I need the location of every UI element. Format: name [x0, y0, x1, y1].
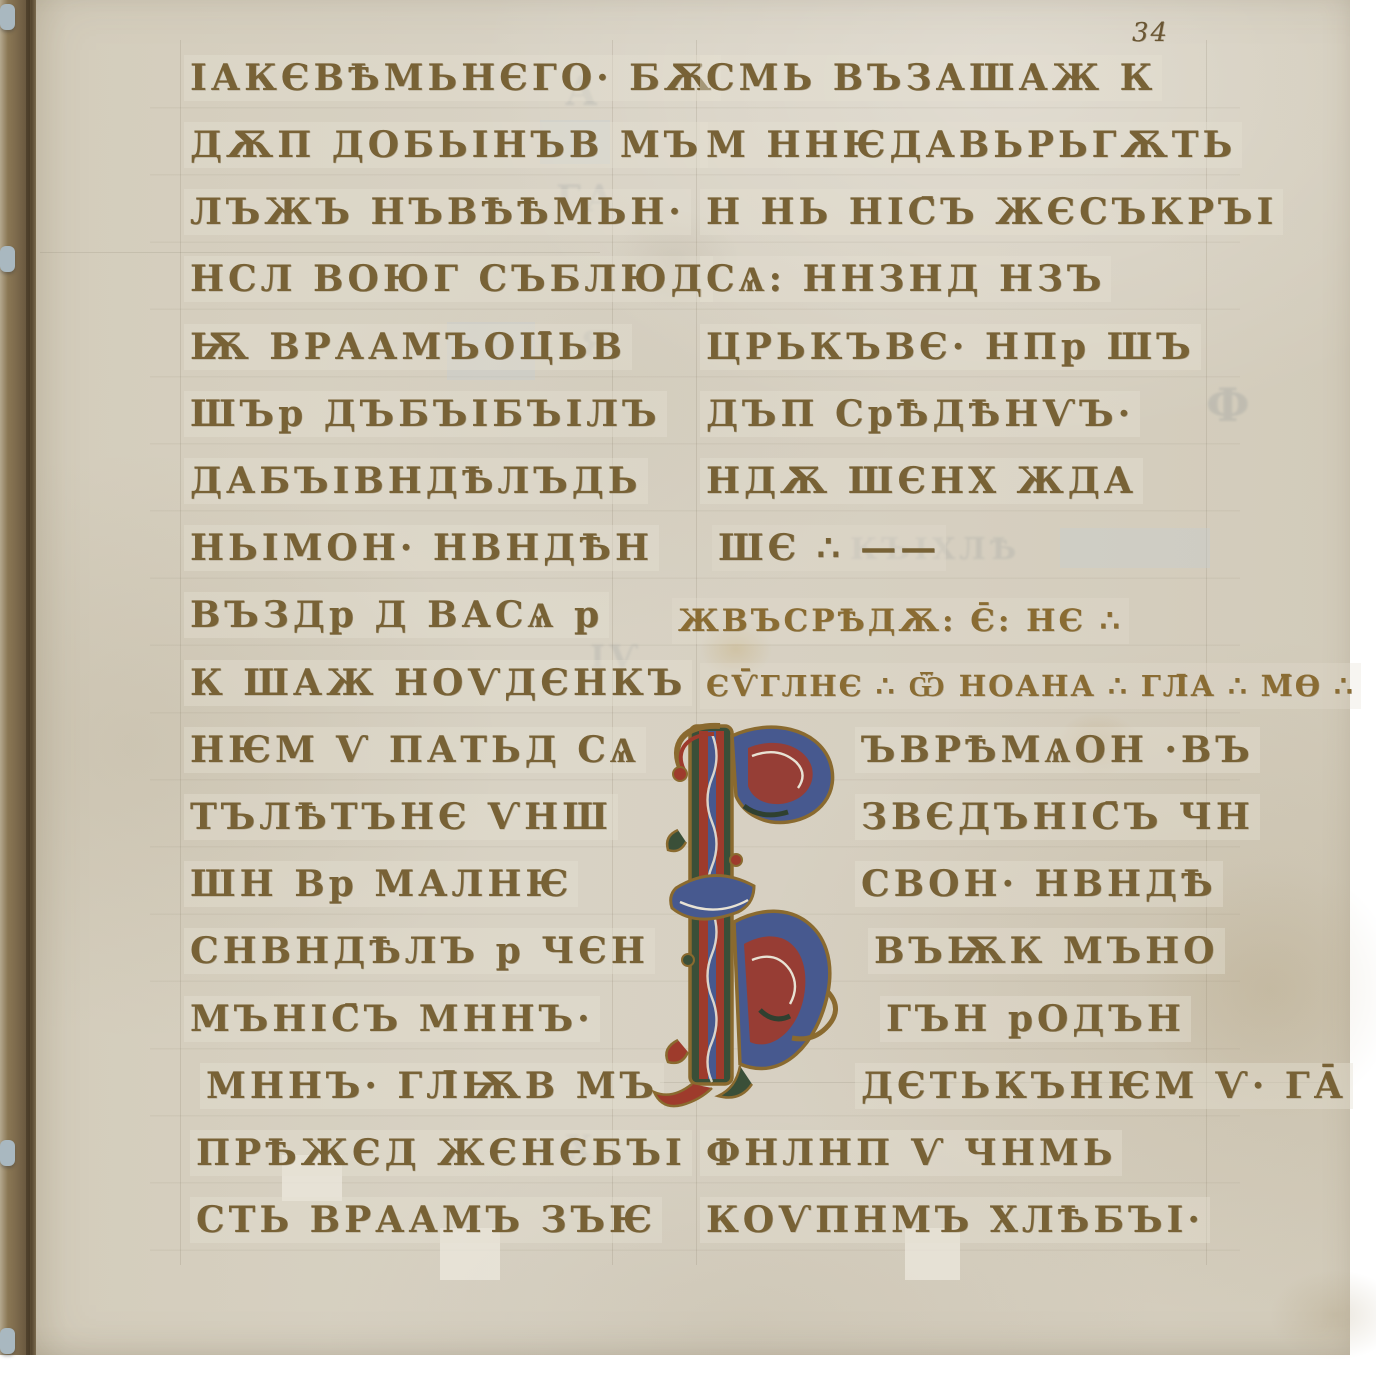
binding-edge — [0, 0, 36, 1355]
text-line: НѤМ Ѵ ПАТЬД СѦ — [184, 727, 646, 773]
text-line: ШЪр ДЪБЪІБЪІЛЪ — [184, 391, 667, 437]
text-line: ЗВЄДЪНІС̄Ъ ЧН — [855, 794, 1260, 840]
text-line: ВЪѬК МЪНО — [868, 928, 1225, 974]
stitch-thread — [0, 4, 15, 30]
ghost-text: Ф — [1206, 378, 1254, 432]
text-line: МЪНІС̄Ъ МННЪ· — [184, 996, 600, 1042]
text-line: ПРѢЖЄД ЖЄНЄБЪІ — [190, 1130, 692, 1176]
illuminated-initial-V: В — [648, 710, 853, 1115]
text-line: ДѪП ДОБЬІНЪВ МЪ — [184, 122, 708, 168]
text-line: ЦРЬКЪВЄ· НПр ШЪ — [700, 324, 1201, 370]
text-line: К ШАЖ НОѴДЄНКЪ — [184, 660, 692, 706]
initial-ornament — [648, 710, 853, 1115]
text-line: ВЪЗДр Д ВАСѦ р — [184, 592, 609, 638]
text-line: МННЪ· ГЛ̄ѬВ МЪ — [200, 1063, 664, 1109]
rubric-heading: ЄѴ̄ГЛНЄ ∴ Ѿ НОАНА ∴ ГЛ̄А ∴ М̄Ѳ ∴ — [700, 663, 1361, 709]
text-line: Ѭ ВРААМЪОЦ̄ЬВ — [184, 324, 632, 370]
text-line: СМЬ ВЪЗАШАЖ К — [700, 55, 1162, 101]
crease — [40, 252, 600, 253]
folio-number: 34 — [1126, 10, 1175, 56]
text-line: ДЄТЬКЪНѤМ Ѵ· ГА̄ — [855, 1063, 1353, 1109]
text-line: ЪВРѢМѦОН ·ВЪ — [855, 727, 1260, 773]
text-line: ТЪЛѢТЪНЄ ѴНШ — [184, 794, 618, 840]
text-line: ІАКЄВѢМЬНЄГО· БѪ — [184, 55, 721, 101]
stitch-thread — [0, 1140, 15, 1166]
text-line: М ННѤДАВЬРЬГѪТЬ — [700, 122, 1242, 168]
stitch-thread — [0, 1328, 15, 1354]
ruling-vertical — [180, 40, 181, 1265]
text-line: ДЪП СрѢДѢНѴЪ· — [700, 391, 1140, 437]
text-line: СНВНДѢЛЪ р ЧЄН — [184, 928, 655, 974]
rubric-heading: ЖВЪСРѢДѪ: Є̄: НЄ ∴ — [672, 598, 1129, 644]
text-line: ЛЪЖЪ НЪВѢѢМЬН· — [184, 189, 691, 235]
text-line: НДѪ ШЄНХ ЖДА — [700, 458, 1143, 504]
text-line: СѦ: ННЗНД НЗЪ — [700, 256, 1111, 302]
text-line: ШН Вр МАЛНѤ — [184, 861, 578, 907]
text-line: ГЪН рОДЪН — [880, 996, 1191, 1042]
text-line: ДАБЪІВНДѢЛЪДЬ — [184, 458, 648, 504]
text-line: КОѴПНМЪ ХЛѢБЪІ· — [700, 1197, 1210, 1243]
manuscript-photo: 34 А ГА Я Ф КЪІХЛѢ ІѴ Х ІАКЄВѢМЬНЄГО· БѪ… — [0, 0, 1376, 1376]
stitch-thread — [0, 246, 15, 272]
text-line: ФНЛНП Ѵ ЧНМЬ — [700, 1130, 1122, 1176]
text-line: НЬІМОН· НВНДѢН — [184, 525, 659, 571]
text-line: ШЄ ∴ —— — [712, 525, 946, 571]
repair-patch — [1060, 528, 1210, 568]
text-line: Н НЬ НІС̄Ъ ЖЄСЪКРЪІ — [700, 189, 1283, 235]
text-line: СТЬ ВРААМЪ ЗЪѤ — [190, 1197, 662, 1243]
text-line: СВОН· НВНДѢ — [855, 861, 1223, 907]
text-line: НСЛ ВОЮГ СЪБЛЮД — [184, 256, 713, 302]
